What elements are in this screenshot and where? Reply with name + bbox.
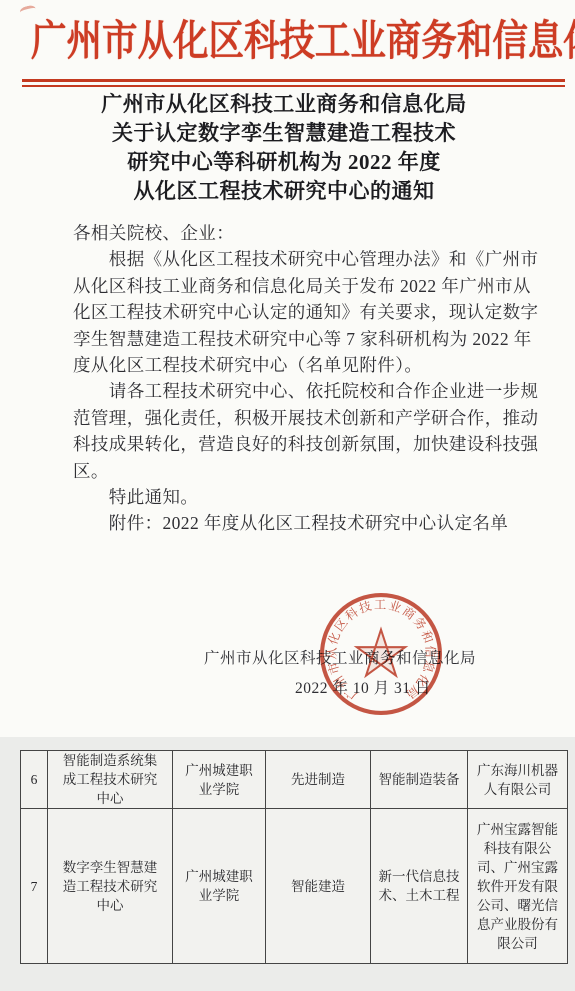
- cell-field-subcategory: 新一代信息技术、土木工程: [371, 809, 468, 964]
- attachment-reference: 附件：2022 年度从化区工程技术研究中心认定名单: [73, 510, 525, 536]
- cell-row-number: 7: [21, 809, 48, 964]
- table-row: 7 数字孪生智慧建造工程技术研究中心 广州城建职业学院 智能建造 新一代信息技术…: [21, 809, 568, 964]
- cell-center-name: 智能制造系统集成工程技术研究中心: [48, 751, 173, 809]
- body-line: 区。: [73, 458, 525, 484]
- cell-center-name: 数字孪生智慧建造工程技术研究中心: [48, 809, 173, 964]
- seal-star-icon: [357, 630, 405, 676]
- body-line: 化区工程技术研究中心认定的通知》有关要求，现认定数字: [73, 299, 525, 325]
- salutation: 各相关院校、企业：: [73, 220, 525, 246]
- body-line: 孪生智慧建造工程技术研究中心等 7 家科研机构为 2022 年: [73, 326, 525, 352]
- attachment-section: 6 智能制造系统集成工程技术研究中心 广州城建职业学院 先进制造 智能制造装备 …: [0, 737, 575, 991]
- body-line: 范管理，强化责任，积极开展技术创新和产学研合作，推动: [73, 405, 525, 431]
- body-line: 根据《从化区工程技术研究中心管理办法》和《广州市: [73, 246, 525, 272]
- cell-field-category: 智能建造: [266, 809, 371, 964]
- document-page: 广州市从化区科技工业商务和信息化局 广州市从化区科技工业商务和信息化局 关于认定…: [0, 0, 575, 991]
- cell-host-institution: 广州城建职业学院: [173, 809, 266, 964]
- cell-partner-companies: 广东海川机器人有限公司: [468, 751, 568, 809]
- body-line: 请各工程技术研究中心、依托院校和合作企业进一步规: [73, 378, 525, 404]
- letterhead-divider: [22, 79, 565, 87]
- table-row: 6 智能制造系统集成工程技术研究中心 广州城建职业学院 先进制造 智能制造装备 …: [21, 751, 568, 809]
- cell-row-number: 6: [21, 751, 48, 809]
- body-line: 从化区科技工业商务和信息化局关于发布 2022 年广州市从: [73, 273, 525, 299]
- title-line: 研究中心等科研机构为 2022 年度: [18, 148, 550, 177]
- body-line: 科技成果转化，营造良好的科技创新氛围，加快建设科技强: [73, 431, 525, 457]
- document-title: 广州市从化区科技工业商务和信息化局 关于认定数字孪生智慧建造工程技术 研究中心等…: [18, 90, 550, 206]
- title-line: 从化区工程技术研究中心的通知: [18, 177, 550, 206]
- cell-field-subcategory: 智能制造装备: [371, 751, 468, 809]
- attachment-table: 6 智能制造系统集成工程技术研究中心 广州城建职业学院 先进制造 智能制造装备 …: [20, 750, 568, 964]
- cell-host-institution: 广州城建职业学院: [173, 751, 266, 809]
- title-line: 广州市从化区科技工业商务和信息化局: [18, 90, 550, 119]
- document-body: 各相关院校、企业： 根据《从化区工程技术研究中心管理办法》和《广州市 从化区科技…: [73, 220, 525, 537]
- title-line: 关于认定数字孪生智慧建造工程技术: [18, 119, 550, 148]
- cell-partner-companies: 广州宝露智能科技有限公司、广州宝露软件开发有限公司、曙光信息产业股份有限公司: [468, 809, 568, 964]
- cell-field-category: 先进制造: [266, 751, 371, 809]
- letterhead-title: 广州市从化区科技工业商务和信息化局: [31, 16, 575, 68]
- official-seal: 广州市从化区科技工业商务和信息化局: [319, 592, 443, 716]
- body-line: 度从化区工程技术研究中心（名单见附件）。: [73, 352, 525, 378]
- body-line: 特此通知。: [73, 484, 525, 510]
